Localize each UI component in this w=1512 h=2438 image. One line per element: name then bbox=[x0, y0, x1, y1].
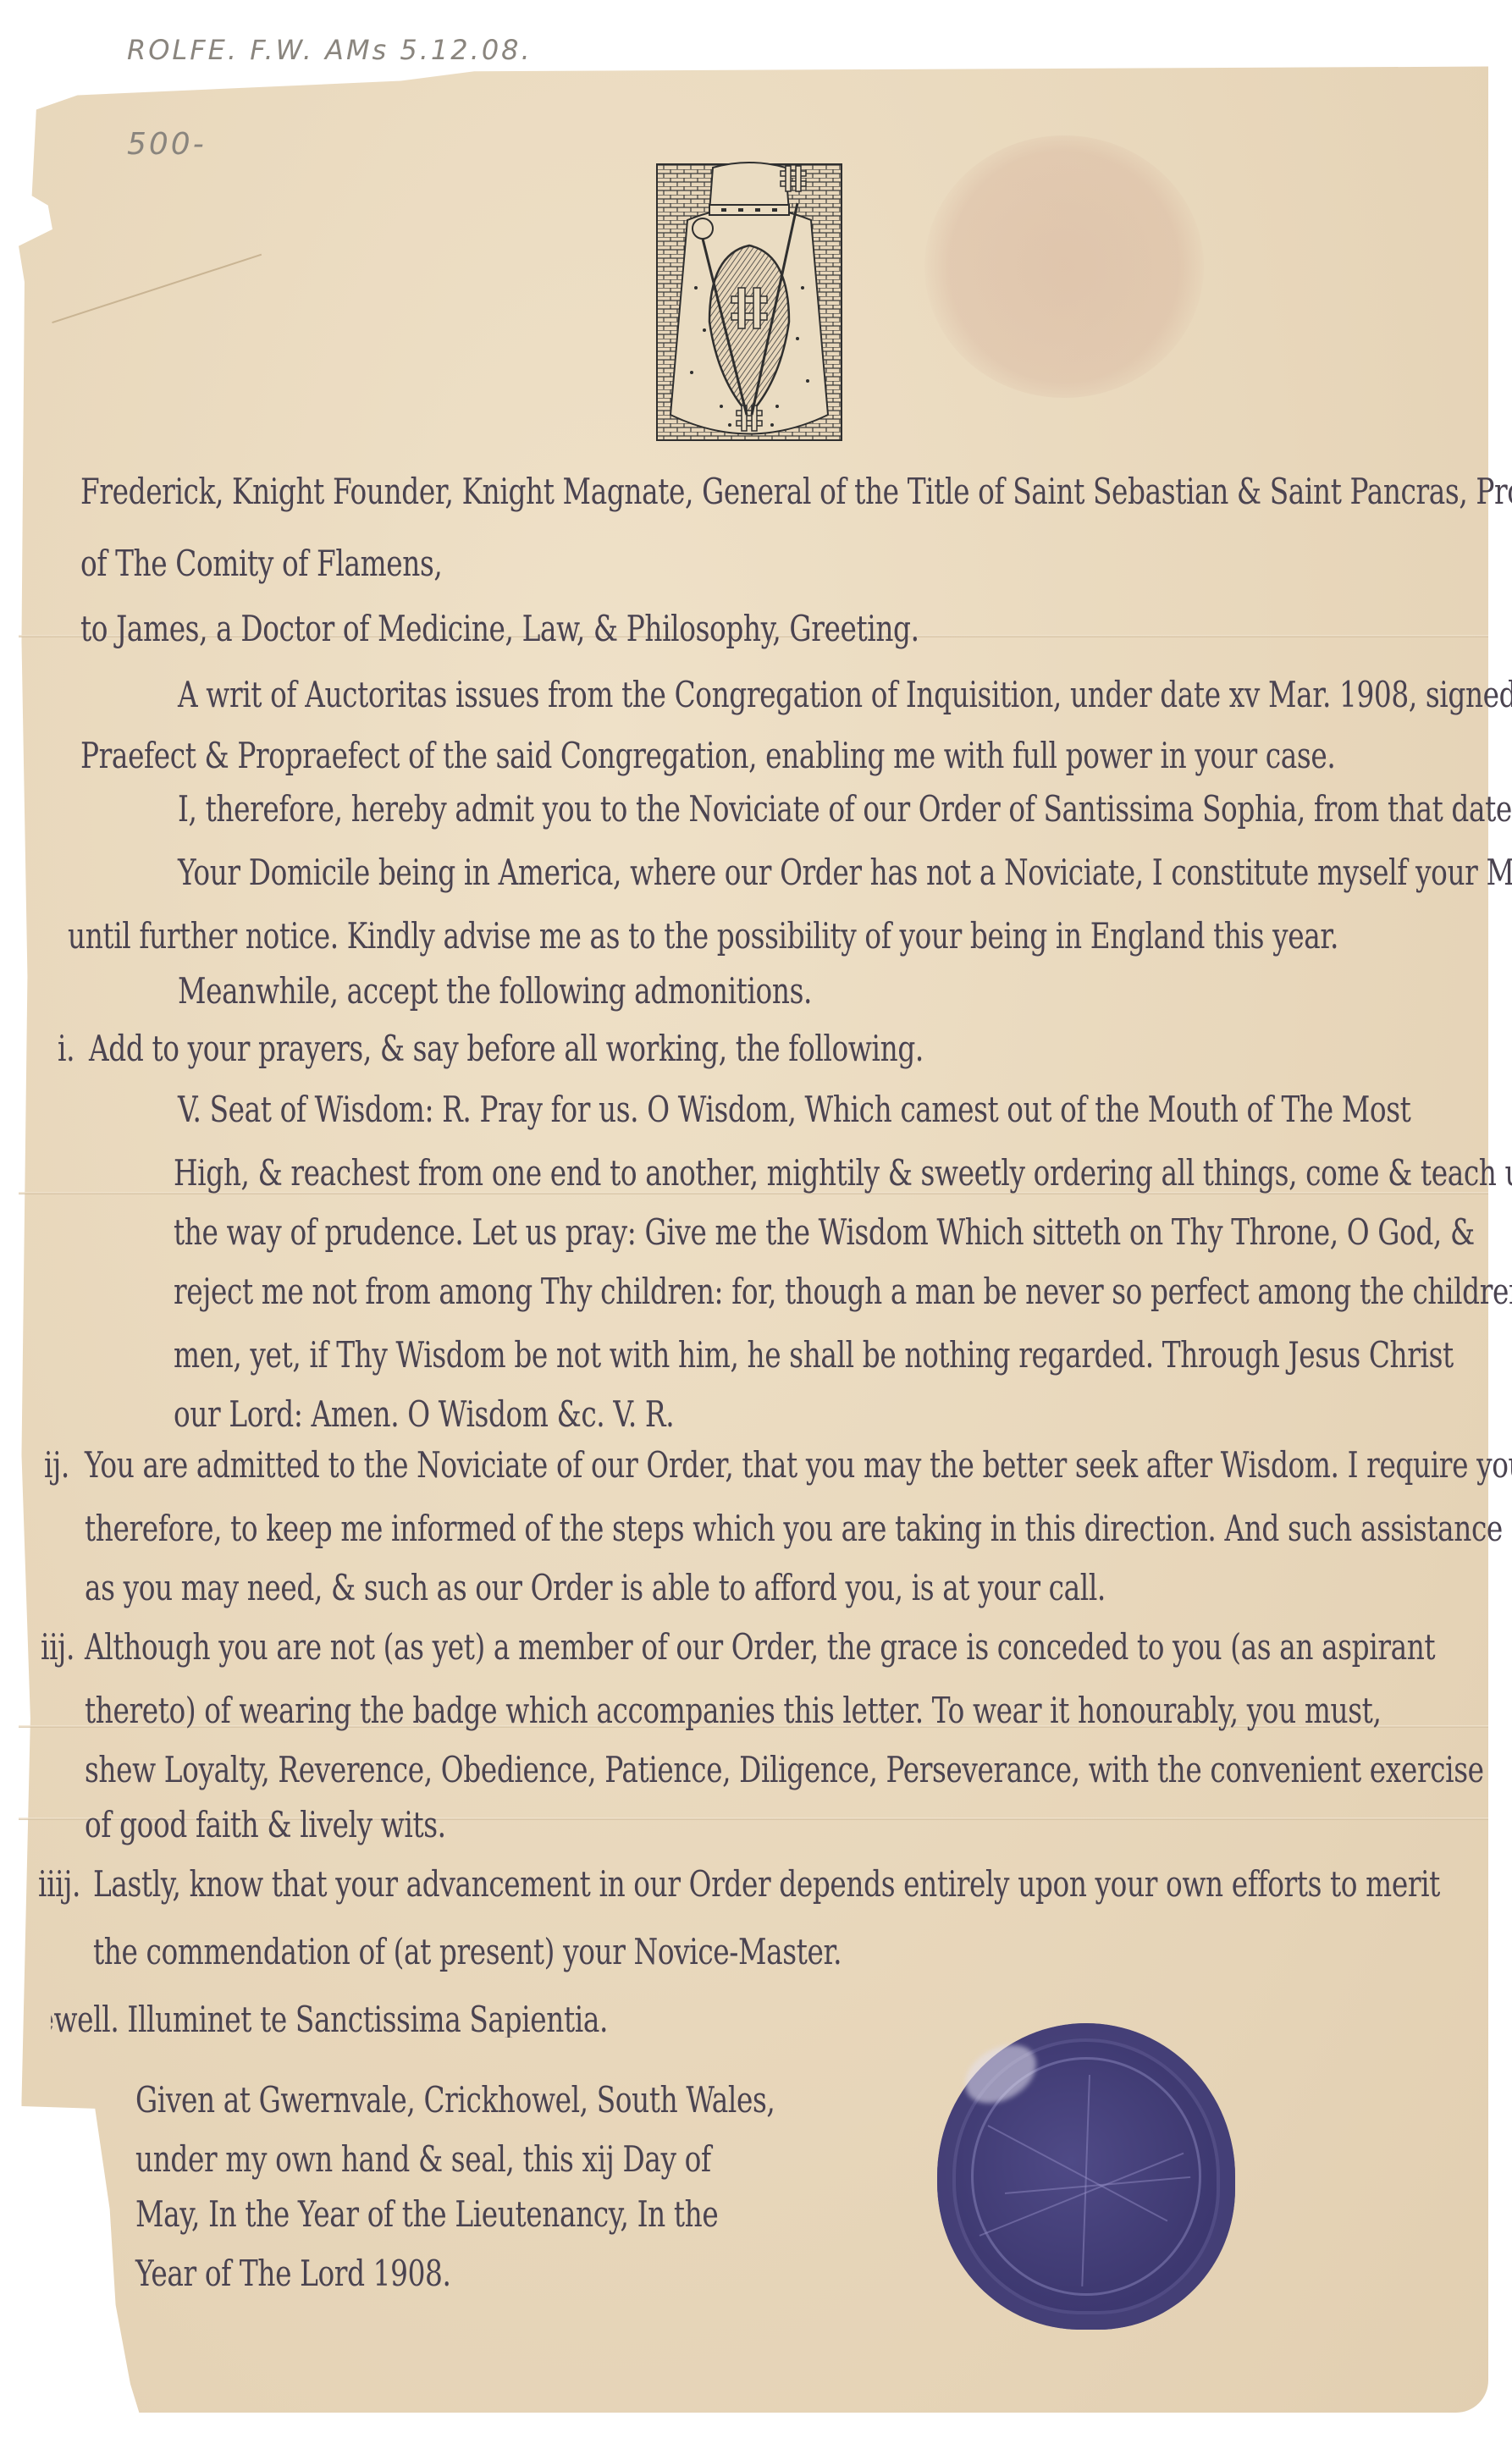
admonition-line: V. Seat of Wisdom: R. Pray for us. O Wis… bbox=[178, 1092, 1410, 1128]
salutation-line: Frederick, Knight Founder, Knight Magnat… bbox=[80, 474, 1512, 510]
admonition-line: our Lord: Amen. O Wisdom &c. V. R. bbox=[174, 1397, 674, 1432]
body-line: Praefect & Propraefect of the said Congr… bbox=[80, 738, 1335, 774]
admonition-line: as you may need, & such as our Order is … bbox=[85, 1570, 1106, 1606]
closing-line: Given at Gwernvale, Crickhowel, South Wa… bbox=[135, 2082, 775, 2118]
admonition-line: men, yet, if Thy Wisdom be not with him,… bbox=[174, 1338, 1454, 1373]
closing-line: under my own hand & seal, this xij Day o… bbox=[135, 2142, 711, 2177]
admonition-line: Lastly, know that your advancement in ou… bbox=[93, 1867, 1440, 1902]
farewell-line: Farewell. Illuminet te Sanctissima Sapie… bbox=[0, 2002, 608, 2038]
closing-line: Year of The Lord 1908. bbox=[135, 2256, 451, 2292]
pencil-annotation-header: ROLFE. F.W. AMs 5.12.08. bbox=[127, 34, 533, 66]
circular-stain bbox=[924, 135, 1204, 398]
wax-seal-icon bbox=[937, 2023, 1235, 2330]
admonition-line: shew Loyalty, Reverence, Obedience, Pati… bbox=[85, 1752, 1484, 1788]
admonition-numeral: iij. bbox=[41, 1630, 74, 1665]
closing-line: May, In the Year of the Lieutenancy, In … bbox=[135, 2197, 718, 2232]
admonition-line: the commendation of (at present) your No… bbox=[93, 1934, 842, 1970]
admonition-line: therefore, to keep me informed of the st… bbox=[85, 1511, 1503, 1547]
body-line: I, therefore, hereby admit you to the No… bbox=[178, 792, 1512, 827]
body-line: until further notice. Kindly advise me a… bbox=[68, 918, 1338, 954]
salutation-line: to James, a Doctor of Medicine, Law, & P… bbox=[80, 611, 919, 647]
admonition-numeral: iiij. bbox=[38, 1867, 80, 1902]
admonition-line: Add to your prayers, & say before all wo… bbox=[89, 1031, 924, 1067]
coat-of-arms-icon bbox=[654, 161, 845, 447]
admonition-numeral: i. bbox=[58, 1031, 74, 1067]
body-line: A writ of Auctoritas issues from the Con… bbox=[178, 677, 1512, 713]
salutation-line: of The Comity of Flamens, bbox=[80, 546, 442, 582]
admonition-line: reject me not from among Thy children: f… bbox=[174, 1274, 1512, 1310]
admonition-line: of good faith & lively wits. bbox=[85, 1807, 446, 1843]
pencil-annotation-price: 500- bbox=[127, 127, 207, 162]
admonition-line: Although you are not (as yet) a member o… bbox=[85, 1630, 1435, 1665]
body-line: Meanwhile, accept the following admoniti… bbox=[178, 974, 812, 1009]
body-line: Your Domicile being in America, where ou… bbox=[178, 855, 1512, 891]
admonition-line: High, & reachest from one end to another… bbox=[174, 1156, 1512, 1191]
admonition-line: thereto) of wearing the badge which acco… bbox=[85, 1693, 1381, 1729]
admonition-line: the way of prudence. Let us pray: Give m… bbox=[174, 1215, 1475, 1250]
admonition-line: You are admitted to the Noviciate of our… bbox=[85, 1448, 1512, 1483]
admonition-numeral: ij. bbox=[44, 1448, 69, 1483]
